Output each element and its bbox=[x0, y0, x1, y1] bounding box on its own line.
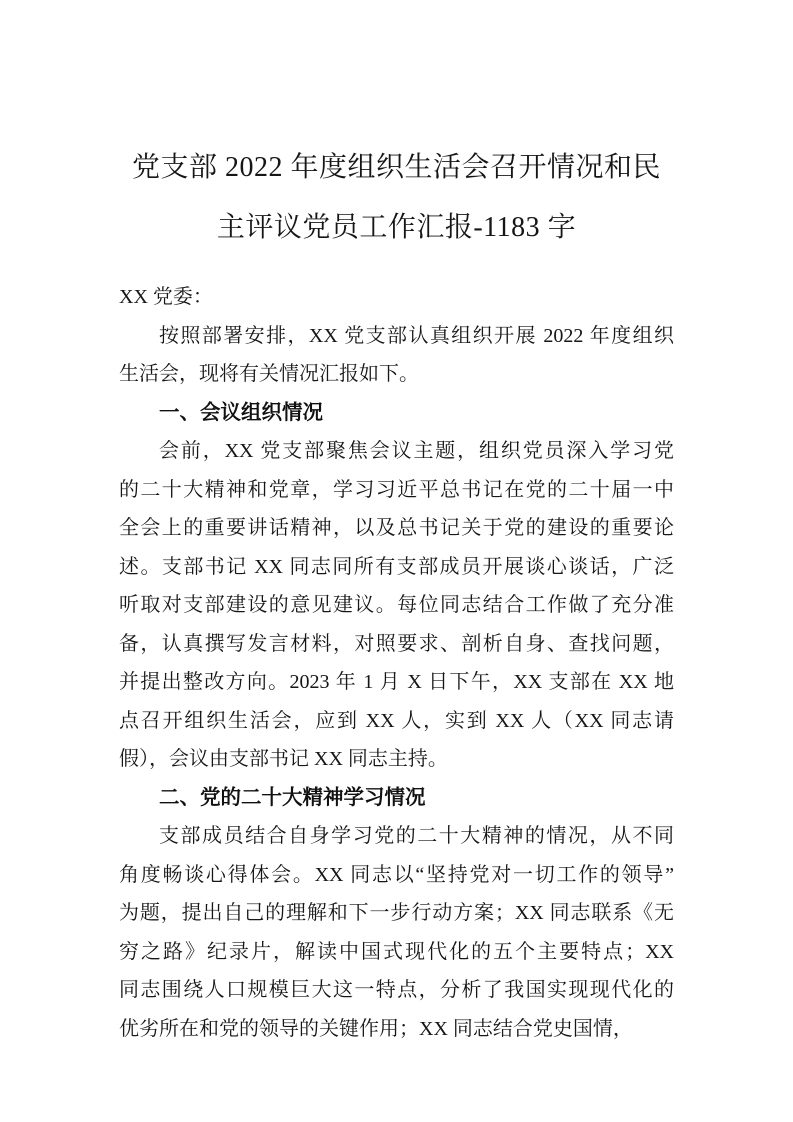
text-line: 支部成员结合自身学习党的二十大精神的情况，从不同 bbox=[119, 817, 674, 856]
text-line: 党支部 2022 年度组织生活会召开情况和民 bbox=[119, 138, 674, 198]
text-line: 穷之路》纪录片，解读中国式现代化的五个主要特点；XX bbox=[119, 933, 674, 972]
text-line: 点召开组织生活会，应到 XX 人，实到 XX 人（XX 同志请 bbox=[119, 702, 674, 741]
text-line: 听取对支部建设的意见建议。每位同志结合工作做了充分准 bbox=[119, 586, 674, 625]
text-line: 备，认真撰写发言材料，对照要求、剖析自身、查找问题， bbox=[119, 625, 674, 664]
section-1-paragraph: 会前，XX 党支部聚焦会议主题，组织党员深入学习党的二十大精神和党章，学习习近平… bbox=[119, 432, 674, 779]
text-line: 同志围绕人口规模巨大这一特点，分析了我国实现现代化的 bbox=[119, 971, 674, 1010]
text-line: 为题，提出自己的理解和下一步行动方案；XX 同志联系《无 bbox=[119, 894, 674, 933]
text-line: 全会上的重要讲话精神，以及总书记关于党的建设的重要论 bbox=[119, 509, 674, 548]
section-2-paragraph: 支部成员结合自身学习党的二十大精神的情况，从不同角度畅谈心得体会。XX 同志以“… bbox=[119, 817, 674, 1048]
text-line: 假），会议由支部书记 XX 同志主持。 bbox=[119, 740, 674, 779]
document-title: 党支部 2022 年度组织生活会召开情况和民主评议党员工作汇报-1183 字 bbox=[119, 138, 674, 258]
text-line: 角度畅谈心得体会。XX 同志以“坚持党对一切工作的领导” bbox=[119, 856, 674, 895]
document-page: 党支部 2022 年度组织生活会召开情况和民主评议党员工作汇报-1183 字 X… bbox=[0, 0, 793, 1122]
text-line: 述。支部书记 XX 同志同所有支部成员开展谈心谈话，广泛 bbox=[119, 548, 674, 587]
text-line: 会前，XX 党支部聚焦会议主题，组织党员深入学习党 bbox=[119, 432, 674, 471]
text-line: 并提出整改方向。2023 年 1 月 X 日下午，XX 支部在 XX 地 bbox=[119, 663, 674, 702]
text-line: 的二十大精神和党章，学习习近平总书记在党的二十届一中 bbox=[119, 471, 674, 510]
text-line: 按照部署安排，XX 党支部认真组织开展 2022 年度组织 bbox=[119, 317, 674, 356]
section-1-heading: 一、会议组织情况 bbox=[119, 394, 674, 433]
text-line: 主评议党员工作汇报-1183 字 bbox=[119, 198, 674, 258]
section-2-heading: 二、党的二十大精神学习情况 bbox=[119, 779, 674, 818]
text-line: 优劣所在和党的领导的关键作用；XX 同志结合党史国情， bbox=[119, 1010, 674, 1049]
text-line: 生活会，现将有关情况汇报如下。 bbox=[119, 355, 674, 394]
intro-paragraph: 按照部署安排，XX 党支部认真组织开展 2022 年度组织生活会，现将有关情况汇… bbox=[119, 317, 674, 394]
salutation: XX 党委： bbox=[119, 278, 674, 317]
